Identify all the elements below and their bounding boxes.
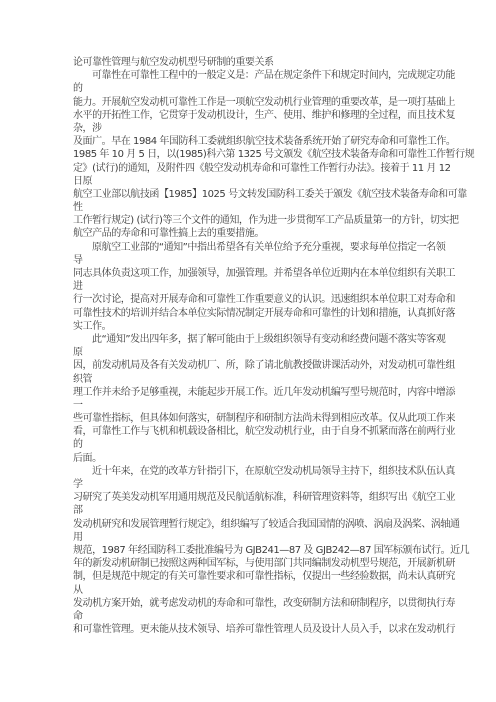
text-line: 后面。: [73, 452, 473, 465]
text-line: 导: [73, 254, 473, 267]
text-line: 杂，涉: [73, 122, 473, 135]
text-line: 命: [73, 610, 473, 623]
text-line: 航空工业部以航技函【1985】1025 号文转发国防科工委关于颁发《航空技术装备…: [73, 188, 473, 201]
text-line: 水平的开拓性工作，它贯穿于发动机设计，生产、使用、维护和修理的全过程，而且技术复: [73, 109, 473, 122]
text-line: 织管: [73, 373, 473, 386]
text-line: 原航空工业部的“通知”中指出希望各有关单位给予充分重视，要求每单位指定一名领: [73, 241, 473, 254]
text-line: 原: [73, 346, 473, 359]
text-line: 理工作并未给予足够重视，未能起步开展工作。近几年发动机编写型号规范时，内容中增添: [73, 386, 473, 399]
text-line: 进: [73, 280, 473, 293]
text-line: 定》(试行)的通知，及附件四《般空发动机寿命和可靠性工作暂行办法》。接着于 11…: [73, 162, 473, 175]
document-page: 论可靠性管理与航空发动机型号研制的重要关系可靠性在可靠性工程中的一般定义是：产品…: [0, 0, 496, 702]
text-line: 日原: [73, 175, 473, 188]
text-line: 一: [73, 399, 473, 412]
text-line: 从: [73, 584, 473, 597]
text-line: 制，但是规范中规定的有关可靠性要求和可靠性指标，仅提出一些经验数据，尚未认真研究: [73, 570, 473, 583]
text-line: 规范，1987 年经国防科工委批准编号为 GJB241—87 及 GJB242—…: [73, 544, 473, 557]
text-line: 性: [73, 201, 473, 214]
text-line: 发动机研究和发展管理暂行规定》，组织编写了较适合我国国情的涡喷、涡扇及涡桨、涡轴…: [73, 518, 473, 531]
text-line: 可靠性技术的培训并结合本单位实际情况制定开展寿命和可靠性的计划和措施，认真抓好落: [73, 307, 473, 320]
text-line: 近十年来，在党的改革方针指引下，在原航空发动机局领导主持下，组织技术队伍认真: [73, 465, 473, 478]
text-line: 此“通知”发出四年多，据了解可能由于上级组织领导有变动和经费问题不落实等客观: [73, 333, 473, 346]
text-line: 1985 年 10 月 5 日，以(1985)科六第 1325 号文颁发《航空技…: [73, 148, 473, 161]
text-line: 的: [73, 82, 473, 95]
text-line: 及面广。早在 1984 年国防科工委就组织航空技术装备系统开始了研究寿命和可靠性…: [73, 135, 473, 148]
text-line: 工作暂行规定) (试行)等三个文件的通知，作为进一步贯彻军工产品质量第一的方针，…: [73, 214, 473, 227]
text-line: 发动机方案开始，就考虑发动机的寿命和可靠性，改变研制方法和研制程序，以贯彻执行寿: [73, 597, 473, 610]
text-line: 因，前发动机局及各有关发动机厂、所，除了请北航教授做讲课活动外，对发动机可靠性组: [73, 359, 473, 372]
text-line: 的: [73, 438, 473, 451]
text-line: 些可靠性指标，但具体如何落实，研制程序和研制方法尚未得到相应改革。仅从此项工作来: [73, 412, 473, 425]
document-title: 论可靠性管理与航空发动机型号研制的重要关系: [73, 56, 473, 69]
text-line: 学: [73, 478, 473, 491]
text-line: 能力。开展航空发动机可靠性工作是一项航空发动机行业管理的重要改革，是一项打基础上: [73, 96, 473, 109]
text-line: 同志具体负责这项工作，加强领导，加强管理。并希望各单位近期内在本单位组织有关职工: [73, 267, 473, 280]
text-line: 可靠性在可靠性工程中的一般定义是：产品在规定条件下和规定时间内，完成规定功能: [73, 69, 473, 82]
text-line: 部: [73, 504, 473, 517]
text-line: 看，可靠性工作与飞机和机载设备相比，航空发动机行业，由于自身不抓紧而落在前两行业: [73, 425, 473, 438]
text-line: 习研究了英美发动机军用通用规范及民航适航标准，科研管理资料等，组织写出《航空工业: [73, 491, 473, 504]
text-line: 和可靠性管理。更未能从技术领导、培养可靠性管理人员及设计人员入手，以求在发动机行: [73, 623, 473, 636]
text-line: 年的新发动机研制已按照这两种国军标，与使用部门共同编制发动机型号规范，开展新机研: [73, 557, 473, 570]
document-body: 论可靠性管理与航空发动机型号研制的重要关系可靠性在可靠性工程中的一般定义是：产品…: [73, 56, 473, 636]
text-line: 用: [73, 531, 473, 544]
text-line: 航空产品的寿命和可靠性搞上去的重要措施。: [73, 227, 473, 240]
text-line: 实工作。: [73, 320, 473, 333]
text-line: 行一次讨论，提高对开展寿命和可靠性工作重要意义的认识。迅速组织本单位职工对寿命和: [73, 293, 473, 306]
